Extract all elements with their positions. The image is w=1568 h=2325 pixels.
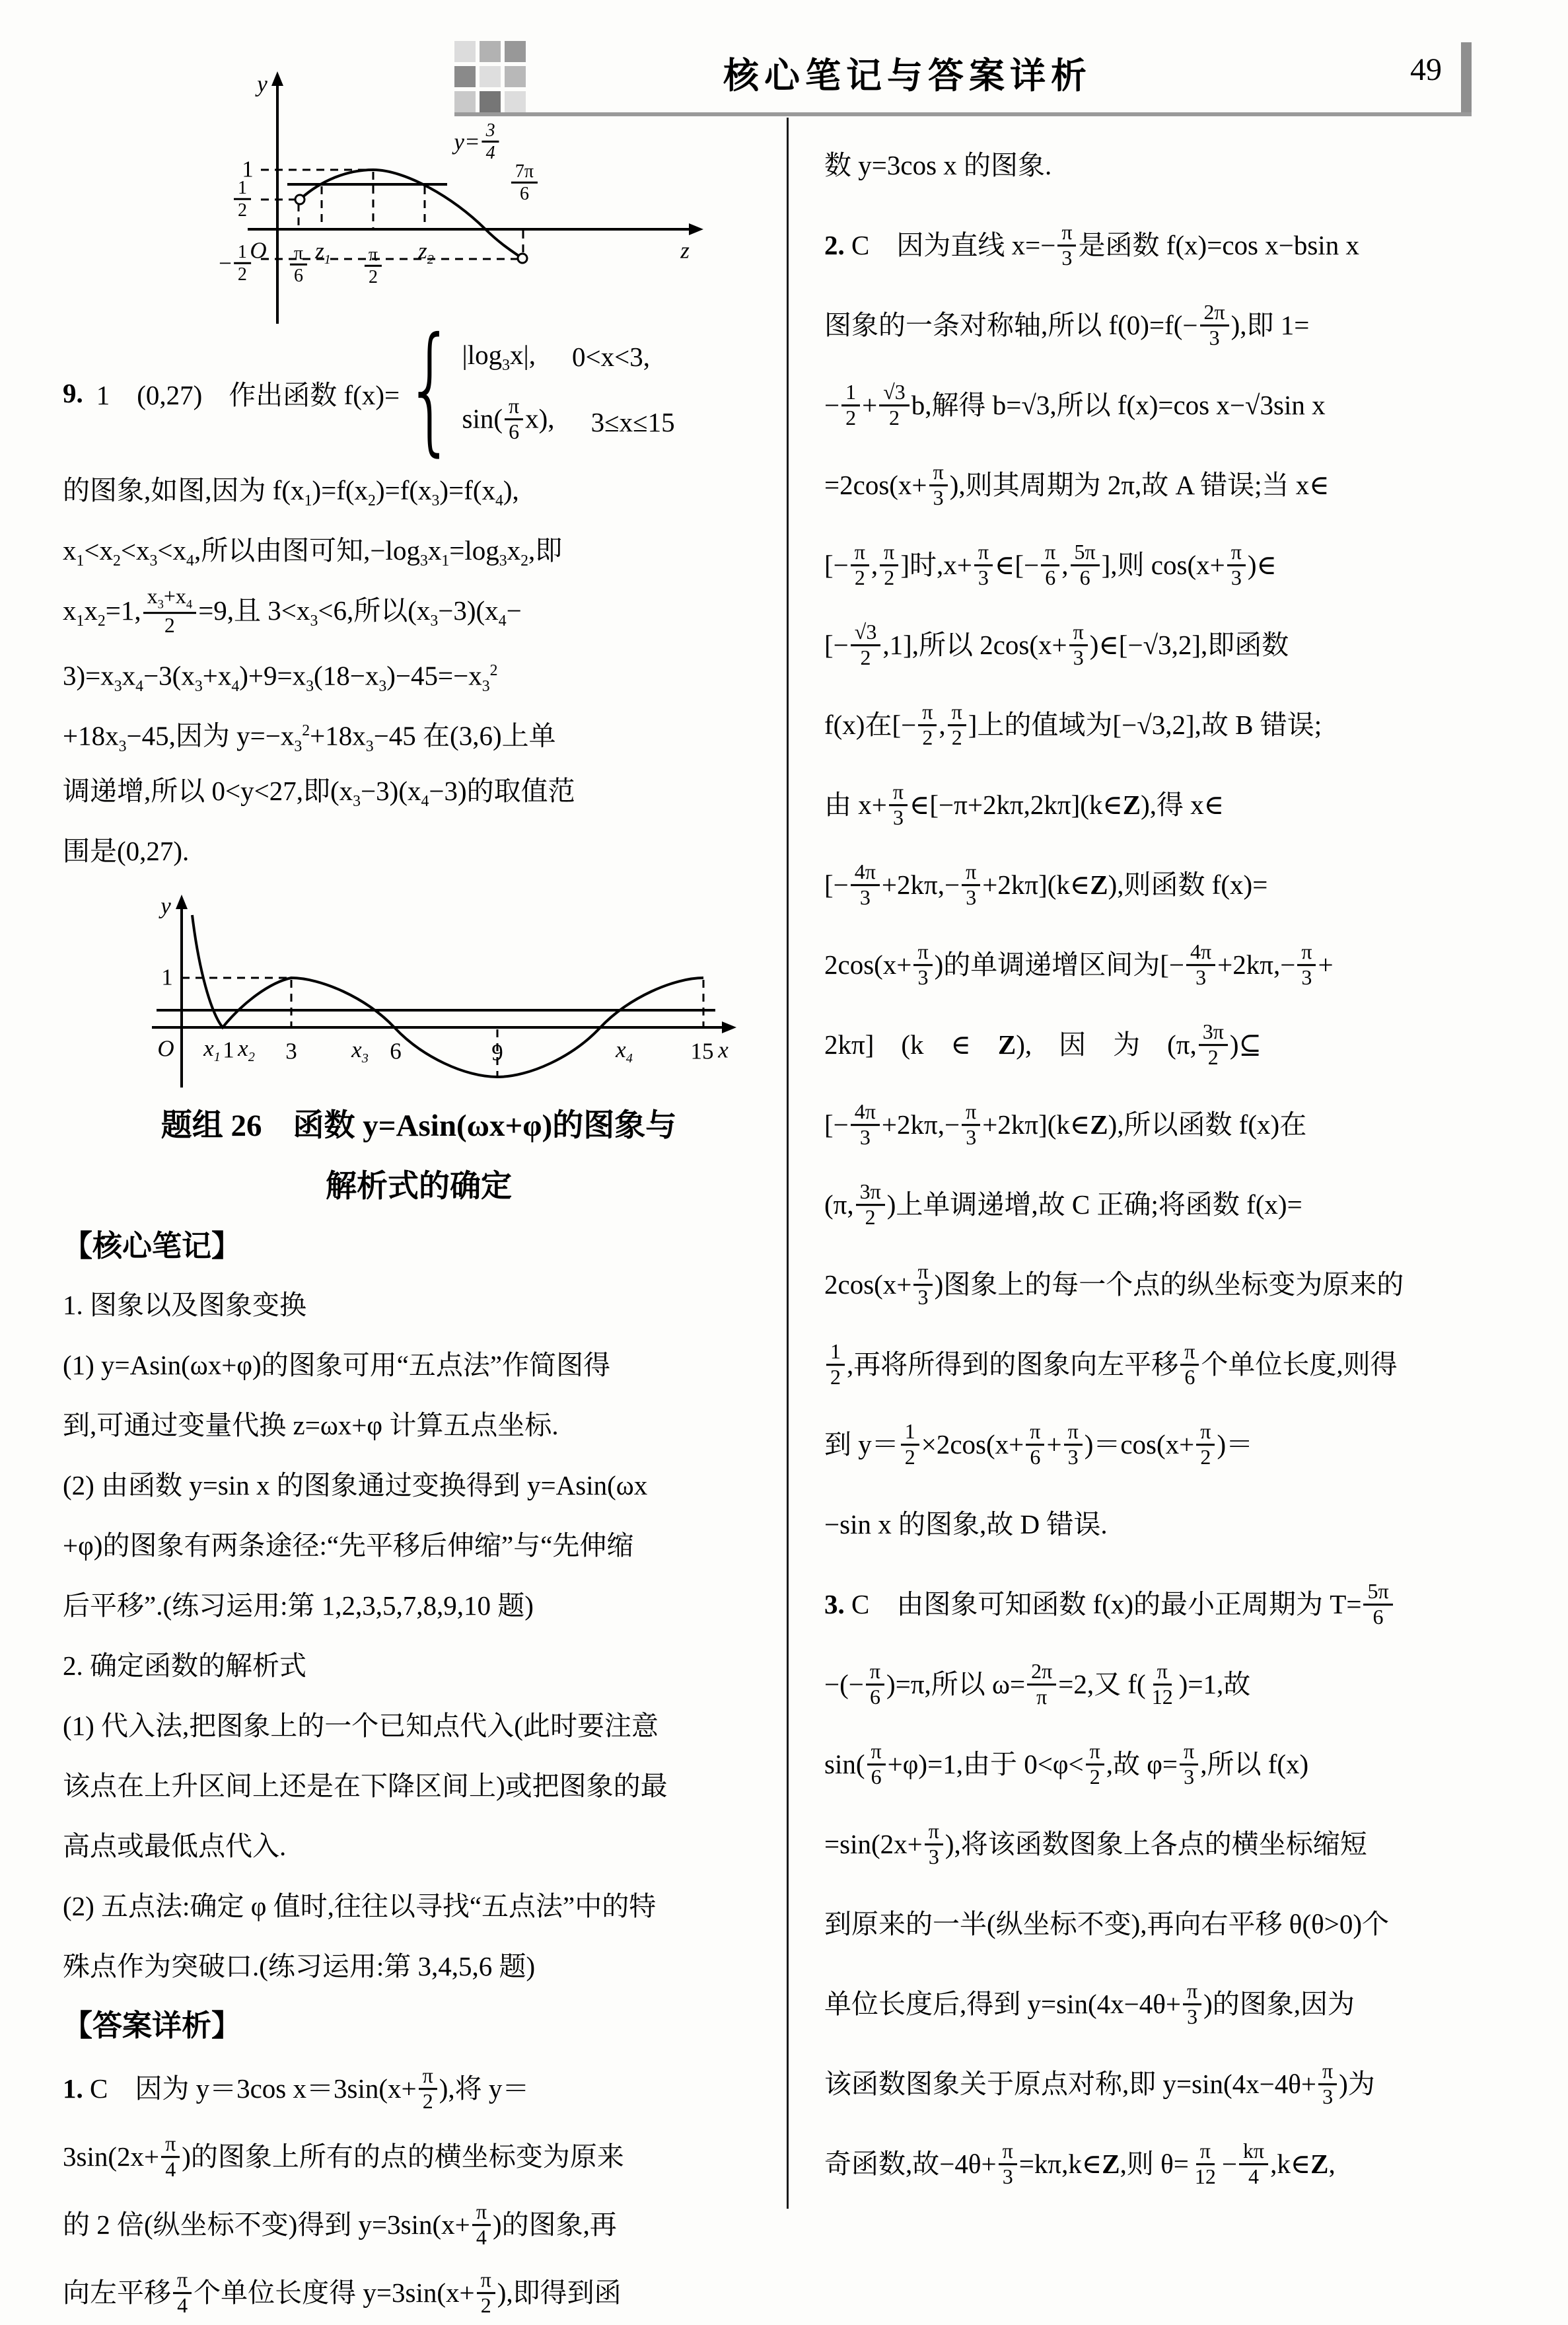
problem9-solution: 的图象,如图,因为 f(x1)=f(x2)=f(x3)=f(x4),x1<x2<… — [63, 461, 775, 881]
x-axis-arrow — [689, 223, 703, 235]
case1-expression: |log3x|, — [462, 339, 536, 375]
x-axis-arrow — [722, 1021, 736, 1033]
text-line: +18x3−45,因为 y=−x32+18x3−45 在(3,6)上单 — [63, 701, 775, 761]
text-line: 2cos(x+π3)图象上的每一个点的纵坐标变为原来的 — [824, 1245, 1531, 1325]
problem9-answer: 1 (0,27) — [96, 373, 203, 412]
text-line: 2. 确定函数的解析式 — [63, 1636, 775, 1696]
topic-title-line1: 题组 26 函数 y=Asin(ωx+φ)的图象与 — [63, 1095, 775, 1156]
text-line: [−4π3+2kπ,−π3+2kπ](k∈Z),则函数 f(x)= — [824, 845, 1531, 925]
text-line: +φ)的图象有两条途径:“先平移后伸缩”与“先伸缩 — [63, 1516, 775, 1576]
text-line: 1. C 因为 y＝3cos x＝3sin(x+π2),将 y＝ — [63, 2055, 775, 2123]
g2-tick-x4: x4 — [616, 1038, 633, 1066]
piecewise-case-1: |log3x|, 0<x<3, — [462, 339, 675, 375]
g1-y-axis-label: y — [257, 73, 267, 97]
text-line: 2. C 因为直线 x=−π3是函数 f(x)=cos x−bsin x — [824, 205, 1531, 285]
text-line: 该函数图象关于原点对称,即 y=sin(4x−4θ+π3)为 — [824, 2044, 1531, 2124]
text-line: 到原来的一半(纵坐标不变),再向右平移 θ(θ>0)个 — [824, 1884, 1531, 1964]
text-line: f(x)在[−π2,π2]上的值域为[−√3,2],故 B 错误; — [824, 685, 1531, 765]
text-line: 单位长度后,得到 y=sin(4x−4θ+π3)的图象,因为 — [824, 1964, 1531, 2044]
open-endpoint-left — [295, 195, 304, 204]
text-line: 奇函数,故−4θ+π3=kπ,k∈Z,则 θ=π12−kπ4,k∈Z, — [824, 2124, 1531, 2204]
case2-expression: sin(π6x), — [462, 397, 555, 447]
problem9-head: 9. 1 (0,27) 作出函数 f(x)= { |log3x|, 0<x<3,… — [63, 325, 775, 461]
text-line: (1) y=Asin(ωx+φ)的图象可用“五点法”作简图得 — [63, 1335, 775, 1395]
text-line: 3. C 由图象可知函数 f(x)的最小正周期为 T=5π6 — [824, 1565, 1531, 1644]
piecewise-graph-svg — [83, 892, 750, 1090]
text-line: 由 x+π3∈[−π+2kπ,2kπ](k∈Z),得 x∈ — [824, 765, 1531, 845]
text-line: x1<x2<x3<x4,所以由图可知,−log3x1=log3x2,即 — [63, 521, 775, 581]
text-line: =sin(2x+π3),将该函数图象上各点的横坐标缩短 — [824, 1804, 1531, 1884]
text-line: x1x2=1,x3+x42=9,且 3<x3<6,所以(x3−3)(x4− — [63, 581, 775, 641]
text-line: −sin x 的图象,故 D 错误. — [824, 1485, 1531, 1565]
text-line: 2cos(x+π3)的单调递增区间为[−4π3+2kπ,−π3+ — [824, 925, 1531, 1005]
g1-tick-pi6: π6 — [288, 245, 309, 289]
text-line: −12+√32b,解得 b=√3,所以 f(x)=cos x−√3sin x — [824, 365, 1531, 445]
text-line: 该点在上升区间上还是在下降区间上)或把图象的最 — [63, 1756, 775, 1816]
text-line: 3sin(2x+π4)的图象上所有的点的横坐标变为原来 — [63, 2123, 775, 2191]
right-column: 数 y=3cos x 的图象.2. C 因为直线 x=−π3是函数 f(x)=c… — [824, 0, 1531, 2204]
g1-tick-neg-half: −12 — [219, 244, 253, 287]
text-line: 围是(0,27). — [63, 821, 775, 881]
g2-tick-3: 3 — [285, 1040, 297, 1064]
answers-header: 【答案详析】 — [63, 1997, 775, 2055]
piecewise-brace: { — [405, 309, 455, 470]
text-line: (2) 由函数 y=sin x 的图象通过变换得到 y=Asin(ωx — [63, 1456, 775, 1516]
g2-origin-label: O — [157, 1037, 174, 1062]
g2-tick-1y: 1 — [161, 966, 173, 990]
text-line: 后平移”.(练习运用:第 1,2,3,5,7,8,9,10 题) — [63, 1576, 775, 1636]
text-line: 图象的一条对称轴,所以 f(0)=f(−2π3),即 1= — [824, 285, 1531, 365]
text-line: 向左平移π4个单位长度得 y=3sin(x+π2),即得到函 — [63, 2259, 775, 2325]
case2-condition: 3≤x≤15 — [591, 406, 675, 438]
text-line: 2kπ] (k ∈ Z), 因 为 (π,3π2)⊆ — [824, 1005, 1531, 1085]
g1-tick-pi2: π2 — [363, 246, 384, 290]
g1-tick-z1: z1 — [315, 239, 331, 267]
core-notes-header: 【核心笔记】 — [63, 1217, 775, 1275]
text-line: (π,3π2)上单调递增,故 C 正确;将函数 f(x)= — [824, 1165, 1531, 1245]
text-line: 1. 图象以及图象变换 — [63, 1275, 775, 1335]
text-line: 到 y＝12×2cos(x+π6+π3)＝cos(x+π2)＝ — [824, 1405, 1531, 1485]
text-line: 调递增,所以 0<y<27,即(x3−3)(x4−3)的取值范 — [63, 761, 775, 821]
text-line: 的 2 倍(纵坐标不变)得到 y=3sin(x+π4)的图象,再 — [63, 2191, 775, 2259]
problem9-lead: 作出函数 f(x)= — [229, 373, 400, 412]
answer1-body: 1. C 因为 y＝3cos x＝3sin(x+π2),将 y＝3sin(2x+… — [63, 2055, 775, 2325]
piecewise-function-graph: y x O 1 x1 1 x2 3 x3 6 9 x4 15 — [83, 892, 750, 1090]
g2-y-axis-label: y — [160, 895, 171, 919]
text-line: 数 y=3cos x 的图象. — [824, 126, 1531, 205]
text-line: 3)=x3x4−3(x3+x4)+9=x3(18−x3)−45=−x32 — [63, 641, 775, 701]
g2-tick-x3: x3 — [351, 1038, 369, 1066]
g2-x-axis-label: x — [718, 1039, 729, 1063]
piecewise-cases: |log3x|, 0<x<3, sin(π6x), 3≤x≤15 — [462, 339, 675, 447]
text-line: 高点或最低点代入. — [63, 1816, 775, 1876]
text-line: [−4π3+2kπ,−π3+2kπ](k∈Z),所以函数 f(x)在 — [824, 1085, 1531, 1165]
text-line: (2) 五点法:确定 φ 值时,往往以寻找“五点法”中的特 — [63, 1876, 775, 1937]
g2-tick-x1: x1 — [203, 1037, 221, 1064]
case1-condition: 0<x<3, — [572, 341, 650, 373]
g1-tick-half: 12 — [232, 180, 253, 223]
g1-hline-label: y=34 — [454, 122, 501, 166]
text-line: =2cos(x+π3),则其周期为 2π,故 A 错误;当 x∈ — [824, 445, 1531, 525]
page: 核心笔记与答案详析 49 — [0, 0, 1568, 2325]
y-axis-arrow — [271, 71, 283, 86]
y-axis-arrow — [176, 895, 188, 909]
topic-title-line2: 解析式的确定 — [63, 1156, 775, 1217]
text-line: [−√32,1],所以 2cos(x+π3)∈[−√3,2],即函数 — [824, 605, 1531, 685]
g2-tick-6: 6 — [390, 1040, 402, 1064]
piecewise-case-2: sin(π6x), 3≤x≤15 — [462, 397, 675, 447]
g2-tick-x2: x2 — [238, 1037, 255, 1064]
g1-tick-z2: z2 — [418, 239, 434, 267]
text-line: 殊点作为突破口.(练习运用:第 3,4,5,6 题) — [63, 1937, 775, 1997]
g1-x-axis-label: z — [680, 239, 690, 264]
left-column: y z O 1 12 −12 y=34 π6 z1 π2 z2 7π6 9. 1… — [63, 0, 775, 2325]
core-notes-body: 1. 图象以及图象变换(1) y=Asin(ωx+φ)的图象可用“五点法”作简图… — [63, 1275, 775, 1997]
text-line: [−π2,π2]时,x+π3∈[−π6,5π6],则 cos(x+π3)∈ — [824, 525, 1531, 605]
sine-z-graph: y z O 1 12 −12 y=34 π6 z1 π2 z2 7π6 — [162, 67, 717, 325]
problem9-number: 9. — [63, 377, 83, 409]
text-line: 12,再将所得到的图象向左平移π6个单位长度,则得 — [824, 1325, 1531, 1405]
text-line: sin(π6+φ)=1,由于 0<φ<π2,故 φ=π3,所以 f(x) — [824, 1724, 1531, 1804]
text-line: (1) 代入法,把图象上的一个已知点代入(此时要注意 — [63, 1696, 775, 1756]
open-endpoint-right — [518, 254, 527, 263]
text-line: −(−π6)=π,所以 ω=2ππ=2,又 f(π12)=1,故 — [824, 1644, 1531, 1724]
g2-tick-15: 15 — [691, 1040, 714, 1064]
text-line: 到,可通过变量代换 z=ωx+φ 计算五点坐标. — [63, 1395, 775, 1456]
g1-tick-7pi6: 7π6 — [509, 163, 540, 207]
g2-tick-9: 9 — [491, 1041, 503, 1066]
g2-tick-1: 1 — [223, 1039, 234, 1063]
column-divider — [787, 118, 789, 2209]
sine-curve — [301, 170, 520, 257]
